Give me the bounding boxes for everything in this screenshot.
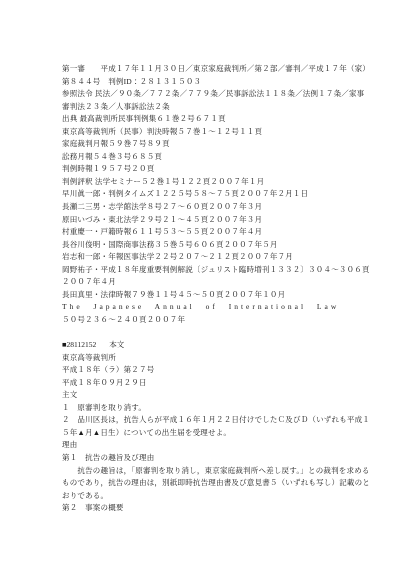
text-line: 出典 最高裁判所民事判例集６１巻２号６７１頁 [62,113,354,126]
text-line: 東京高等裁判所 [62,352,354,365]
text-line: 東京高等裁判所（民事）判決時報５７巻１～１２号１１頁 [62,126,354,139]
text-line: おりである。 [62,490,354,503]
text-line: ５０号２３６～２４０頁２００７年 [62,314,354,327]
text-line: 理由 [62,439,354,452]
text-line: 平成１８年０９月２９日 [62,377,354,390]
text-line: 岡野祐子・平成１８年度重要判例解説〔ジュリスト臨時増刊１３３２〕３０４～３０６頁 [62,264,354,277]
text-line: The Japanese Annual of International Law [62,301,354,314]
doc-id-marker-line: ■28112152本文 [62,339,354,352]
text-line: １ 原審判を取り消す。 [62,402,354,415]
text-line: 長瀬二三男・志学館法学８号２７～６０頁２００７年３月 [62,201,354,214]
text-line: 家庭裁判月報５９巻７号８９頁 [62,138,354,151]
text-line: 判例時報１９５７号２０頁 [62,163,354,176]
text-line: ものであり，抗告の理由は，別紙即時抗告理由書及び意見書５（いずれも写し）記載のと [62,477,354,490]
text-line: 第８４４号 判例ID：２８１３１５０３ [62,76,354,89]
text-line: 早川眞一郎・判例タイムズ１２２５号５８～７５頁２００７年２月１日 [62,188,354,201]
text-line: ５年▲月▲日生）についての出生届を受理せよ。 [62,427,354,440]
text-line: 原田いづみ・東北法学２９号２１～４５頁２００７年３月 [62,214,354,227]
text-line: ２ 品川区長は，抗告人らが平成１６年１月２２日付けでしたＣ及びＤ（いずれも平成１ [62,414,354,427]
body-text-block: ■28112152本文 東京高等裁判所平成１８年（ラ）第２７号平成１８年０９月２… [62,339,354,515]
text-line: 訟務月報５４巻３号６８５頁 [62,151,354,164]
text-line: 抗告の趣旨は，「原審判を取り消し，東京家庭裁判所へ差し戻す。」との裁判を求める [62,465,354,478]
doc-id-marker: ■28112152 [62,340,96,349]
text-line: 審判法２３条／人事訴訟法２条 [62,101,354,114]
text-line: 第１ 抗告の趣旨及び理由 [62,452,354,465]
citation-header-block: 第一審 平成１７年１１月３０日／東京家庭裁判所／第２部／審判／平成１７年（家）第… [62,63,354,326]
text-line: 主文 [62,389,354,402]
text-line: 岩志和一郎・年報医事法学２２号２０７～２１２頁２００７年７月 [62,251,354,264]
judgment-text-block: 東京高等裁判所平成１８年（ラ）第２７号平成１８年０９月２９日主文１ 原審判を取り… [62,352,354,515]
text-line: 村重慶一・戸籍時報６１１号５３～５５頁２００７年４月 [62,226,354,239]
text-line: 判例評釈 法学セミナー５２巻１号１２２頁２００７年１月 [62,176,354,189]
text-line: 平成１８年（ラ）第２７号 [62,364,354,377]
body-section-label: 本文 [109,340,124,349]
text-line: 第２ 事案の概要 [62,502,354,515]
text-line: 長谷川俊明・国際商事法務３５巻５号６０６頁２００７年５月 [62,239,354,252]
document-page: 第一審 平成１７年１１月３０日／東京家庭裁判所／第２部／審判／平成１７年（家）第… [0,0,410,580]
text-line: ２００７年４月 [62,276,354,289]
text-line: 参照法令 民法／９０条／７７２条／７７９条／民事訴訟法１１８条／法例１７条／家事 [62,88,354,101]
text-line: 第一審 平成１７年１１月３０日／東京家庭裁判所／第２部／審判／平成１７年（家） [62,63,354,76]
text-line: 長田真里・法律時報７９巻１１号４５～５０頁２００７年１０月 [62,289,354,302]
